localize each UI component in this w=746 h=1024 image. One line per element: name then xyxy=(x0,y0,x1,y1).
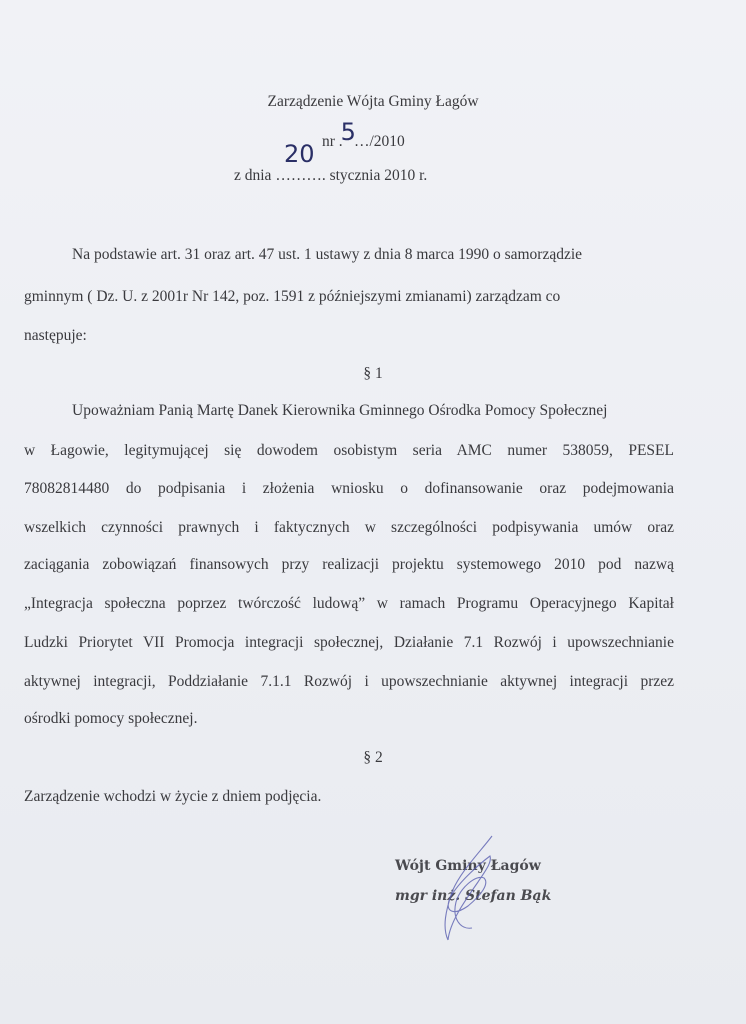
preamble-line-2: gminnym ( Dz. U. z 2001r Nr 142, poz. 15… xyxy=(24,287,560,307)
document-date: z dnia ………. stycznia 2010 r. xyxy=(234,166,427,186)
date-prefix: z dnia ………. xyxy=(234,167,326,184)
preamble-line-3: następuje: xyxy=(24,326,87,346)
section-1-line: „Integracja społeczna poprzez twórczość … xyxy=(24,594,674,614)
handwritten-signature-icon xyxy=(420,832,510,952)
date-suffix: stycznia 2010 r. xyxy=(326,167,428,184)
number-prefix: nr . xyxy=(322,133,343,150)
section-1-line: 78082814480 do podpisania i złożenia wni… xyxy=(24,479,674,499)
number-handwritten: 5 xyxy=(341,118,356,146)
date-handwritten: 20 xyxy=(284,140,315,168)
section-1-line: w Łagowie, legitymującej się dowodem oso… xyxy=(24,441,674,461)
number-suffix: …/2010 xyxy=(354,133,405,150)
document-title: Zarządzenie Wójta Gminy Łagów xyxy=(0,92,746,112)
section-1-line: ośrodki pomocy społecznej. xyxy=(24,709,197,729)
section-2-text: Zarządzenie wchodzi w życie z dniem podj… xyxy=(24,787,321,807)
preamble-line-1: Na podstawie art. 31 oraz art. 47 ust. 1… xyxy=(72,245,582,265)
section-1-line: Upoważniam Panią Martę Danek Kierownika … xyxy=(72,401,607,421)
section-1-heading: § 1 xyxy=(0,364,746,384)
section-1-line: wszelkich czynności prawnych i faktyczny… xyxy=(24,518,674,538)
document-page: Zarządzenie Wójta Gminy Łagów nr .5…/201… xyxy=(0,0,746,1024)
section-1-line: Ludzki Priorytet VII Promocja integracji… xyxy=(24,633,674,653)
section-2-heading: § 2 xyxy=(0,748,746,768)
section-1-line: zaciągania zobowiązań finansowych przy r… xyxy=(24,555,674,575)
section-1-line: aktywnej integracji, Poddziałanie 7.1.1 … xyxy=(24,672,674,692)
document-number: nr .5…/2010 xyxy=(322,128,405,152)
